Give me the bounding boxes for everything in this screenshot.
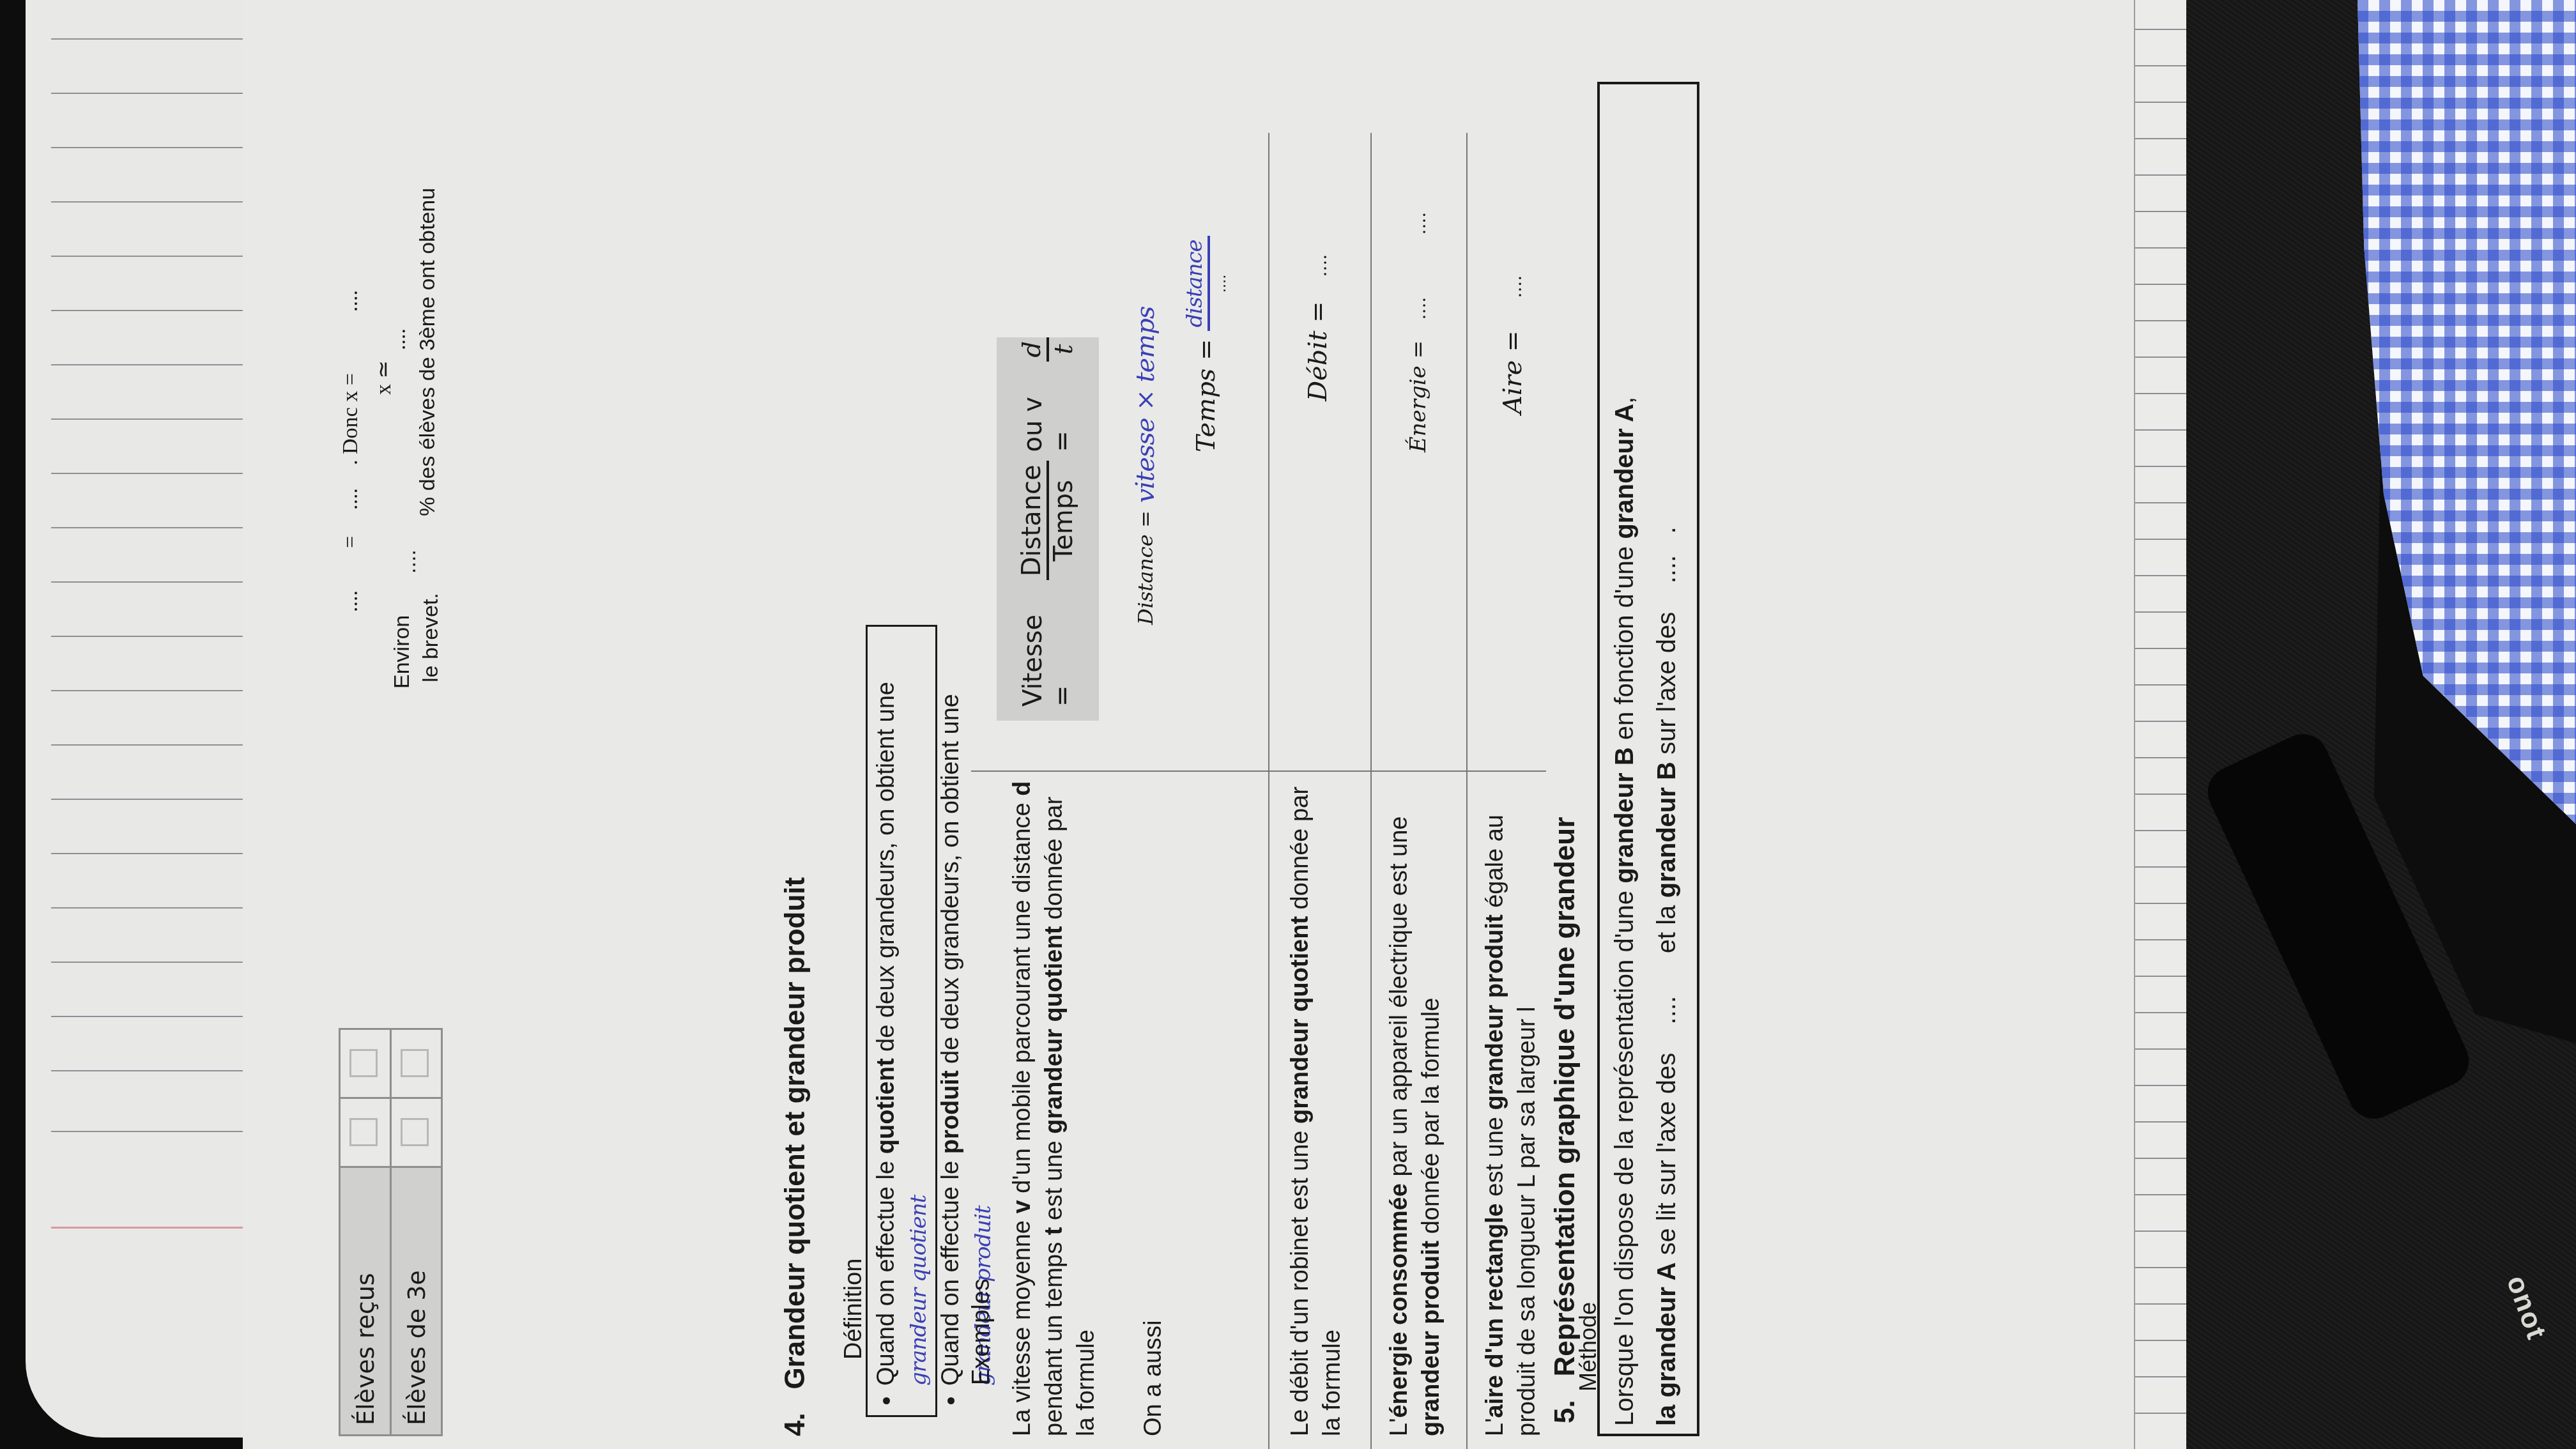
environ-line2: le brevet. bbox=[418, 593, 443, 682]
notebook-rule bbox=[51, 527, 268, 528]
notebook-rule bbox=[51, 418, 268, 420]
energie-formula: Énergie = .... .... bbox=[1406, 212, 1431, 452]
fraction: Distance Temps bbox=[1017, 461, 1078, 580]
notebook-rule bbox=[51, 364, 268, 365]
debit-formula: Débit = .... bbox=[1303, 254, 1333, 401]
notebook-rule bbox=[51, 636, 268, 637]
eleves-table: Élèves reçus Élèves de 3e bbox=[339, 1028, 443, 1436]
energie-paragraph: L'énergie consommée par un appareil élec… bbox=[1383, 772, 1447, 1436]
environ-blank: .... bbox=[396, 549, 421, 574]
blank[interactable]: .... bbox=[1653, 996, 1681, 1024]
handwritten-answer: grandeur quotient bbox=[906, 1195, 931, 1386]
table-cell[interactable] bbox=[391, 1098, 442, 1167]
notebook-rule bbox=[51, 1131, 268, 1132]
notebook-rule bbox=[51, 962, 268, 963]
worksheet: Élèves reçus Élèves de 3e .... = .... . … bbox=[243, 0, 2134, 1449]
definition-bullet: Quand on effectue le produit de deux gra… bbox=[935, 637, 999, 1386]
notebook-rule bbox=[51, 581, 268, 583]
notebook-rule bbox=[51, 93, 268, 94]
definition-box: Quand on effectue le quotient de deux gr… bbox=[866, 625, 937, 1417]
blank[interactable]: .... bbox=[1653, 555, 1681, 583]
notebook-rule bbox=[51, 147, 268, 148]
eq-approx-blank: .... bbox=[387, 328, 411, 350]
temps-formula: Temps = distance .... bbox=[1182, 236, 1230, 452]
on-a-aussi: On a aussi bbox=[1137, 1320, 1169, 1436]
row-divider bbox=[1268, 133, 1269, 1449]
notebook-rule bbox=[51, 256, 268, 257]
notebook-rule bbox=[51, 907, 268, 908]
vitesse-paragraph: La vitesse moyenne v d'un mobile parcour… bbox=[1006, 759, 1102, 1436]
notebook-margin-line bbox=[51, 1227, 268, 1229]
column-divider bbox=[971, 770, 1546, 772]
notebook-rule bbox=[51, 38, 268, 40]
eq-right-blank: .... bbox=[339, 290, 363, 312]
notebook-rule bbox=[51, 201, 268, 203]
table-row: Élèves de 3e bbox=[391, 1029, 442, 1436]
eq-left-blank: .... bbox=[339, 590, 363, 612]
notebook-rule bbox=[51, 1070, 268, 1071]
row-divider bbox=[1466, 133, 1468, 1449]
row-label: Élèves reçus bbox=[340, 1167, 391, 1436]
aire-paragraph: L'aire d'un rectangle est une grandeur p… bbox=[1479, 759, 1543, 1436]
notebook-rule bbox=[51, 744, 268, 746]
environ-label: Environ bbox=[390, 615, 415, 689]
eq-mid-blank: .... bbox=[339, 488, 363, 510]
definition-label: Définition bbox=[840, 1259, 868, 1360]
table-row: Élèves reçus bbox=[340, 1029, 391, 1436]
eq-donc: . Donc x = bbox=[339, 373, 363, 465]
fraction: d t bbox=[1017, 337, 1078, 362]
definition-bullet: Quand on effectue le quotient de deux gr… bbox=[870, 637, 935, 1386]
table-cell[interactable] bbox=[340, 1029, 391, 1098]
eq-approx: x ≃ bbox=[371, 360, 396, 395]
table-cell[interactable] bbox=[391, 1029, 442, 1098]
vitesse-formula-box: Vitesse = Distance Temps ou v = d t bbox=[997, 337, 1099, 721]
notebook-rule bbox=[51, 853, 268, 854]
distance-formula: Distance = vitesse × temps bbox=[1131, 307, 1160, 625]
eq-sign: = bbox=[339, 536, 363, 548]
handwritten-answer: vitesse × temps bbox=[1131, 307, 1160, 503]
section-4-title: 4. Grandeur quotient et grandeur produit bbox=[779, 877, 811, 1436]
gingham-shirt bbox=[2357, 0, 2576, 824]
debit-paragraph: Le débit d'un robinet est une grandeur q… bbox=[1284, 772, 1348, 1436]
notebook-rule bbox=[51, 799, 268, 800]
table-cell[interactable] bbox=[340, 1098, 391, 1167]
notebook-grid-right bbox=[2134, 0, 2186, 1449]
notebook-rule bbox=[51, 690, 268, 691]
notebook-rule bbox=[51, 310, 268, 311]
row-label: Élèves de 3e bbox=[391, 1167, 442, 1436]
environ-suffix: % des élèves de 3ème ont obtenu bbox=[415, 188, 440, 516]
methode-box: Lorsque l'on dispose de la représentatio… bbox=[1597, 82, 1699, 1436]
notebook-rule bbox=[51, 1016, 268, 1017]
row-divider bbox=[1370, 133, 1372, 1449]
notebook-rule bbox=[51, 473, 268, 474]
fraction: distance .... bbox=[1182, 236, 1230, 331]
aire-formula: Aire = .... bbox=[1498, 275, 1528, 414]
examples-label: Exemples bbox=[968, 1278, 995, 1385]
